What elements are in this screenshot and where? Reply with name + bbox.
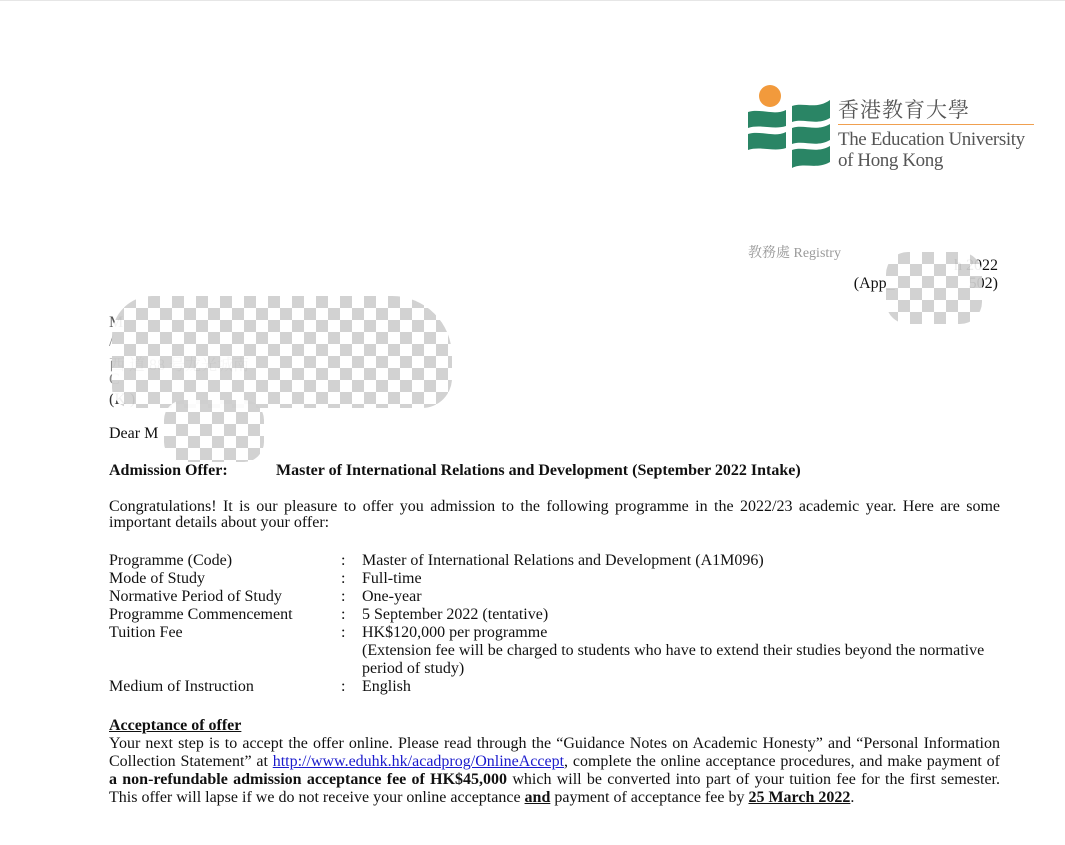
- logo-divider: [838, 124, 1034, 125]
- subject-text: Master of International Relations and De…: [276, 462, 801, 479]
- emphasis-and: and: [525, 789, 551, 806]
- tuition-fee-value: HK$120,000 per programme: [362, 624, 1000, 642]
- eduhk-emblem-icon: [746, 84, 832, 172]
- detail-key: Tuition Fee: [109, 624, 341, 678]
- detail-value: 5 September 2022 (tentative): [362, 606, 1000, 624]
- intro-paragraph: Congratulations! It is our pleasure to o…: [109, 499, 1000, 531]
- university-name-line2: of Hong Kong: [838, 150, 1025, 171]
- detail-row: Mode of Study : Full-time: [109, 570, 1000, 588]
- detail-colon: :: [341, 678, 362, 696]
- detail-row: Medium of Instruction : English: [109, 678, 1000, 696]
- detail-value: Full-time: [362, 570, 1000, 588]
- detail-colon: :: [341, 588, 362, 606]
- page-top-edge: [0, 0, 1065, 1]
- acceptance-fee: a non-refundable admission acceptance fe…: [109, 771, 507, 788]
- detail-colon: :: [341, 570, 362, 588]
- offer-details: Programme (Code) : Master of Internation…: [109, 552, 1000, 696]
- detail-row: Normative Period of Study : One-year: [109, 588, 1000, 606]
- salutation: Dear M: [109, 425, 158, 443]
- detail-key: Programme Commencement: [109, 606, 341, 624]
- redaction-mosaic: [112, 296, 452, 408]
- detail-colon: :: [341, 624, 362, 678]
- detail-row: Tuition Fee : HK$120,000 per programme (…: [109, 624, 1000, 678]
- acceptance-text: , complete the online acceptance procedu…: [564, 753, 1000, 770]
- university-name-english: The Education University of Hong Kong: [838, 129, 1025, 171]
- detail-value: Master of International Relations and De…: [362, 552, 1000, 570]
- detail-value: HK$120,000 per programme (Extension fee …: [362, 624, 1000, 678]
- detail-value: One-year: [362, 588, 1000, 606]
- tuition-fee-note: (Extension fee will be charged to studen…: [362, 642, 1000, 678]
- subject-label: Admission Offer:: [109, 462, 276, 480]
- online-accept-link[interactable]: http://www.eduhk.hk/acadprog/OnlineAccep…: [273, 753, 564, 770]
- detail-colon: :: [341, 606, 362, 624]
- detail-key: Mode of Study: [109, 570, 341, 588]
- detail-colon: :: [341, 552, 362, 570]
- detail-key: Programme (Code): [109, 552, 341, 570]
- acceptance-text: payment of acceptance fee by: [550, 789, 748, 806]
- redaction-mosaic: [886, 252, 982, 324]
- registry-label: 教務處 Registry: [748, 242, 841, 262]
- detail-key: Normative Period of Study: [109, 588, 341, 606]
- acceptance-text: .: [850, 789, 854, 806]
- subject-line: Admission Offer:Master of International …: [109, 462, 801, 480]
- redaction-mosaic: [164, 400, 264, 462]
- detail-row: Programme Commencement : 5 September 202…: [109, 606, 1000, 624]
- university-name-chinese: 香港教育大學: [838, 94, 970, 124]
- acceptance-heading: Acceptance of offer: [109, 717, 241, 735]
- detail-value: English: [362, 678, 1000, 696]
- university-name-line1: The Education University: [838, 129, 1025, 150]
- acceptance-deadline: 25 March 2022: [748, 789, 850, 806]
- detail-key: Medium of Instruction: [109, 678, 341, 696]
- acceptance-paragraph: Your next step is to accept the offer on…: [109, 735, 1000, 807]
- university-logo: 香港教育大學 The Education University of Hong …: [746, 84, 1046, 174]
- detail-row: Programme (Code) : Master of Internation…: [109, 552, 1000, 570]
